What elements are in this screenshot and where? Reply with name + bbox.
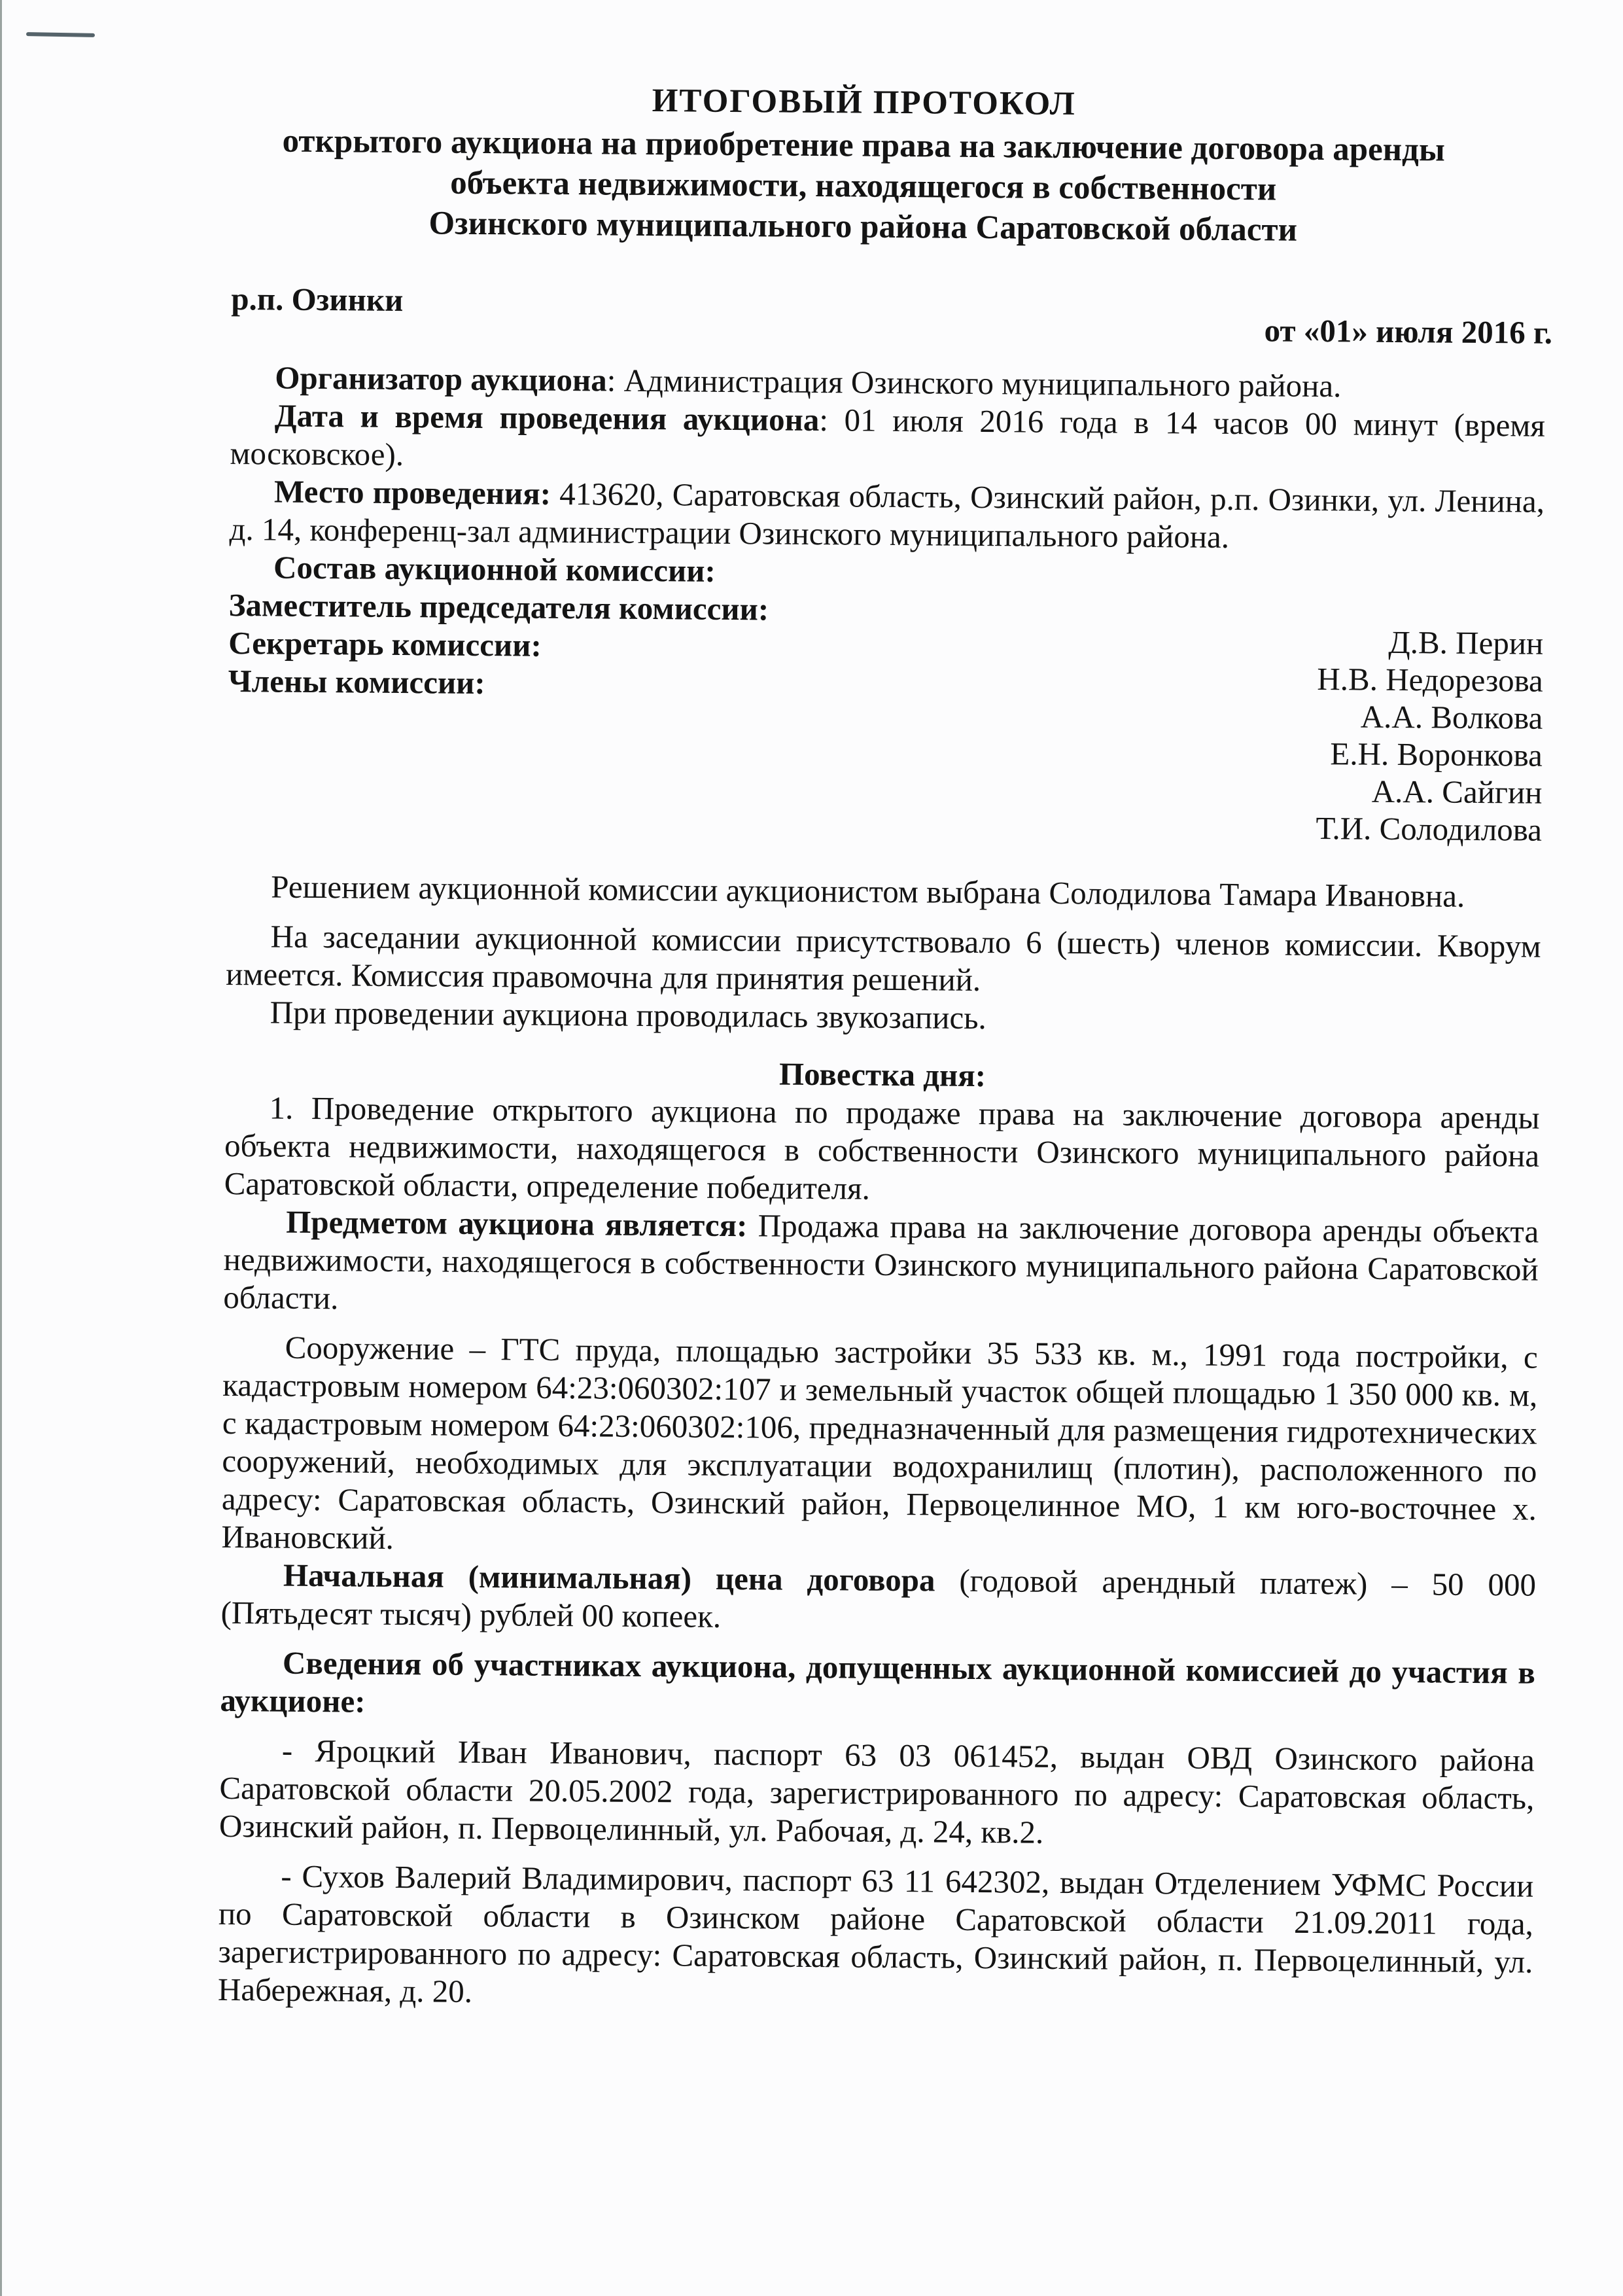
commission-member-name: Е.Н. Воронкова [1316, 735, 1543, 774]
document-page: ИТОГОВЫЙ ПРОТОКОЛ открытого аукциона на … [218, 77, 1548, 2019]
participant-item: - Яроцкий Иван Иванович, паспорт 63 03 0… [219, 1731, 1535, 1856]
commission-names: Д.В. Перин Н.В. Недорезова А.А. Волкова … [1316, 623, 1543, 849]
initial-price-paragraph: Начальная (минимальная) цена договора (г… [220, 1556, 1536, 1642]
commission-list: Заместитель председателя комиссии: Секре… [227, 586, 1544, 878]
venue-label: Место проведения: [274, 474, 551, 512]
organizer-label: Организатор аукциона [275, 360, 607, 398]
subject-paragraph: Предметом аукциона является: Продажа пра… [223, 1203, 1539, 1327]
participant-item: - Сухов Валерий Владимирович, паспорт 63… [218, 1857, 1534, 2019]
commission-role: Члены комиссии: [228, 662, 485, 702]
venue-paragraph: Место проведения: 413620, Саратовская об… [229, 472, 1544, 559]
agenda-item: 1. Проведение открытого аукциона по прод… [224, 1089, 1539, 1213]
commission-member-name: Н.В. Недорезова [1317, 660, 1543, 699]
initial-price-label: Начальная (минимальная) цена договора [283, 1557, 935, 1598]
place-date-row: р.п. Озинки от «01» июля 2016 г. [231, 280, 1546, 369]
commission-role: Заместитель председателя комиссии: [228, 586, 769, 628]
datetime-paragraph: Дата и время проведения аукциона: 01 июл… [230, 397, 1545, 483]
document-header: ИТОГОВЫЙ ПРОТОКОЛ открытого аукциона на … [205, 77, 1522, 253]
scan-edge [0, 0, 2, 2296]
commission-member-name: Д.В. Перин [1317, 623, 1543, 662]
scan-mark [26, 32, 95, 37]
document-date: от «01» июля 2016 г. [1264, 311, 1552, 351]
object-description: Сооружение – ГТС пруда, площадью застрой… [221, 1328, 1538, 1566]
subject-label: Предметом аукциона является: [286, 1204, 748, 1244]
participants-heading: Сведения об участниках аукциона, допущен… [220, 1644, 1535, 1730]
commission-member-name: Т.И. Солодилова [1316, 809, 1542, 849]
commission-role: Секретарь комиссии: [228, 624, 542, 665]
commission-member-name: А.А. Сайгин [1316, 772, 1543, 811]
quorum-paragraph: На заседании аукционной комиссии присутс… [226, 917, 1541, 1004]
commission-member-name: А.А. Волкова [1317, 698, 1543, 737]
organizer-value: : Администрация Озинского муниципального… [607, 362, 1342, 404]
document-place: р.п. Озинки [231, 280, 403, 319]
document-title: ИТОГОВЫЙ ПРОТОКОЛ [207, 77, 1522, 128]
datetime-label: Дата и время проведения аукциона [275, 398, 820, 438]
